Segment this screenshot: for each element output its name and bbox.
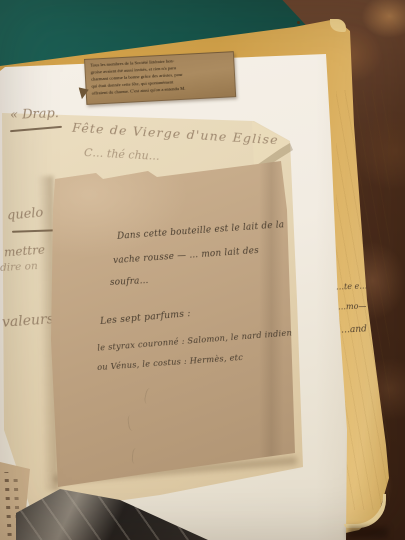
- edge-ink-fragment: …te e…: [336, 281, 368, 291]
- folder-curl-shadow: [348, 527, 388, 538]
- ink-line: soufra…: [110, 276, 149, 288]
- photograph-of-manuscripts: Tous les membres de la Société littérair…: [0, 0, 405, 540]
- newspaper-clipping: Tous les membres de la Société littérair…: [84, 51, 236, 105]
- folder-speck: [297, 21, 300, 24]
- edge-ink-fragment: …and: [341, 324, 367, 335]
- edge-ink-fragment: …mo—: [338, 302, 367, 312]
- pencil-note-label: « Drap.: [10, 106, 59, 123]
- pencil-margin-word: dire on: [0, 260, 38, 274]
